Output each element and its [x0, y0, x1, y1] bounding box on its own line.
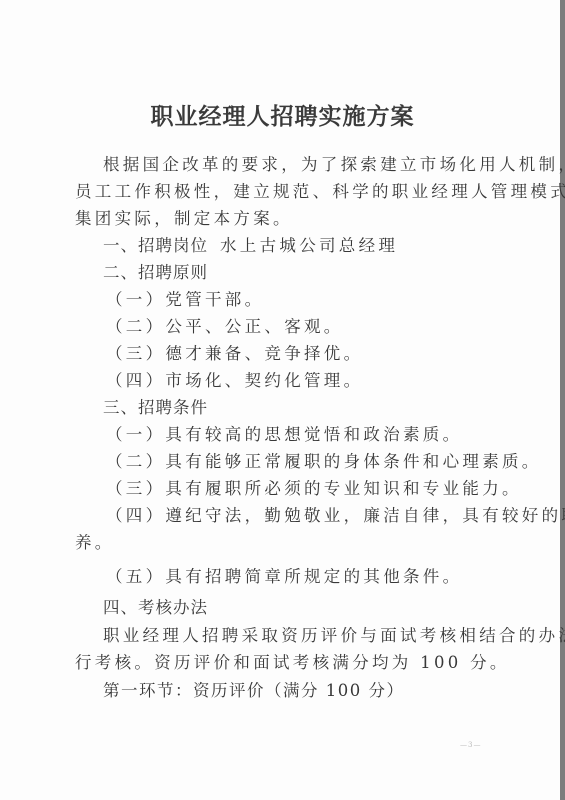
list-item: （四）遵纪守法，勤勉敬业，廉洁自律，具有较好的职业素 [106, 506, 565, 526]
section-heading: 三、招聘条件 [103, 398, 208, 418]
list-item: （四）市场化、契约化管理。 [106, 371, 363, 391]
list-item: （一）具有较高的思想觉悟和政治素质。 [106, 425, 462, 445]
list-item-continuation: 养。 [75, 533, 115, 553]
body-line: 第一环节：资历评价（满分 100 分） [103, 681, 404, 701]
section-heading: 一、招聘岗位 [103, 236, 208, 255]
position-value: 水上古城公司总经理 [220, 236, 398, 255]
body-line: 行考核。资历评价和面试考核满分均为 100 分。 [75, 653, 510, 673]
section-heading: 四、考核办法 [103, 598, 208, 618]
section-heading: 二、招聘原则 [103, 263, 208, 283]
intro-line: 根据国企改革的要求，为了探索建立市场化用人机制，加强 [103, 155, 565, 175]
list-item: （三）具有履职所必须的专业知识和专业能力。 [106, 479, 522, 499]
list-item: （二）具有能够正常履职的身体条件和心理素质。 [106, 452, 542, 472]
document-title: 职业经理人招聘实施方案 [0, 98, 565, 131]
intro-line: 集团实际，制定本方案。 [75, 209, 293, 229]
body-line: 职业经理人招聘采取资历评价与面试考核相结合的办法进 [103, 626, 565, 646]
list-item: （三）德才兼备、竞争择优。 [106, 344, 363, 364]
list-item: （一）党管干部。 [106, 290, 264, 310]
intro-line: 员工工作积极性，建立规范、科学的职业经理人管理模式，结合 [75, 182, 565, 202]
list-item: （二）公平、公正、客观。 [106, 317, 344, 337]
list-item: （五）具有招聘简章所规定的其他条件。 [106, 567, 462, 587]
page-number: —3— [460, 741, 481, 749]
section-1: 一、招聘岗位水上古城公司总经理 [103, 236, 398, 256]
